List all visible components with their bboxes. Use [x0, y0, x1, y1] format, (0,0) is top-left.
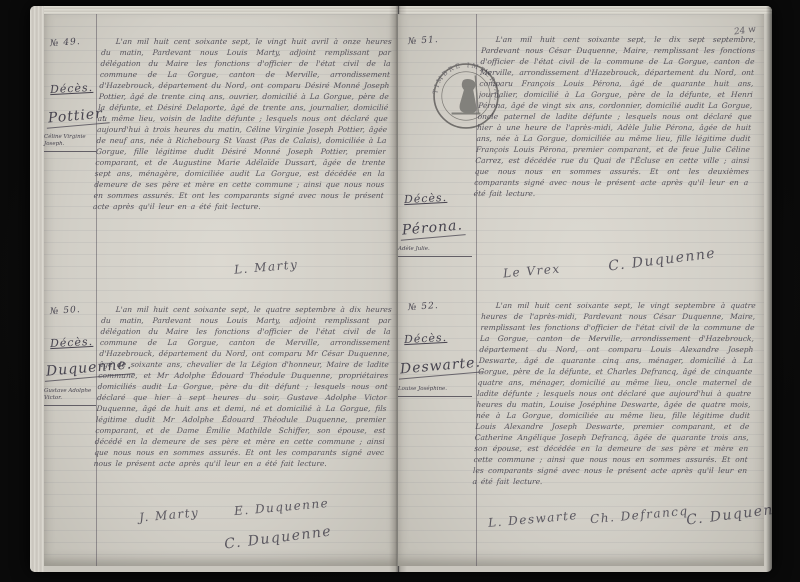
record-51-given-names: Adèle Julie.: [398, 246, 472, 257]
photo-background: № 49. Décès. Pottier. Céline Virginie Jo…: [0, 0, 800, 582]
record-50-given-names: Gustave Adolphe Victor.: [44, 388, 96, 406]
record-51-signature-levrex: Le Vrex: [502, 262, 561, 281]
record-50-signature-marty: J. Marty: [139, 505, 200, 524]
record-52-signature-deswarte: L. Deswarte: [488, 508, 579, 530]
record-51-surname: Pérona.: [399, 217, 465, 241]
register-book: № 49. Décès. Pottier. Céline Virginie Jo…: [30, 6, 772, 572]
record-51-type-label: Décès.: [404, 191, 448, 206]
record-50-number: № 50.: [50, 305, 81, 317]
record-52-type-label: Décès.: [404, 331, 448, 346]
book-left-page-edges: [30, 6, 44, 572]
record-49-act-text: L'an mil huit cent soixante sept, le vin…: [91, 36, 392, 250]
record-52-given-names: Louise Joséphine.: [398, 386, 472, 397]
record-52-surname: Deswarte.: [397, 354, 483, 379]
record-49-given-names: Céline Virginie Joseph.: [44, 134, 96, 152]
left-page: № 49. Décès. Pottier. Céline Virginie Jo…: [44, 14, 397, 566]
record-52-act-text: L'an mil huit cent soixante sept, le vin…: [471, 300, 756, 508]
book-right-edge-shadow: [766, 6, 772, 572]
record-50-act-text: L'an mil huit cent soixante sept, le qua…: [92, 304, 392, 502]
record-52-number: № 52.: [408, 301, 439, 313]
record-49-type-label: Décès.: [50, 81, 94, 96]
right-page: 24 w № 51. TIMBRE IMPÉRIAL Décès. Pérona…: [398, 14, 764, 566]
record-49-number: № 49.: [50, 37, 81, 49]
record-51-number: № 51.: [408, 35, 439, 47]
record-50-signature-c-duquenne: C. Duquenne: [223, 523, 333, 552]
record-51-act-text: L'an mil huit cent soixante sept, le dix…: [471, 34, 756, 250]
record-49-signature-marty: L. Marty: [234, 257, 299, 277]
record-50-type-label: Décès.: [50, 335, 94, 350]
